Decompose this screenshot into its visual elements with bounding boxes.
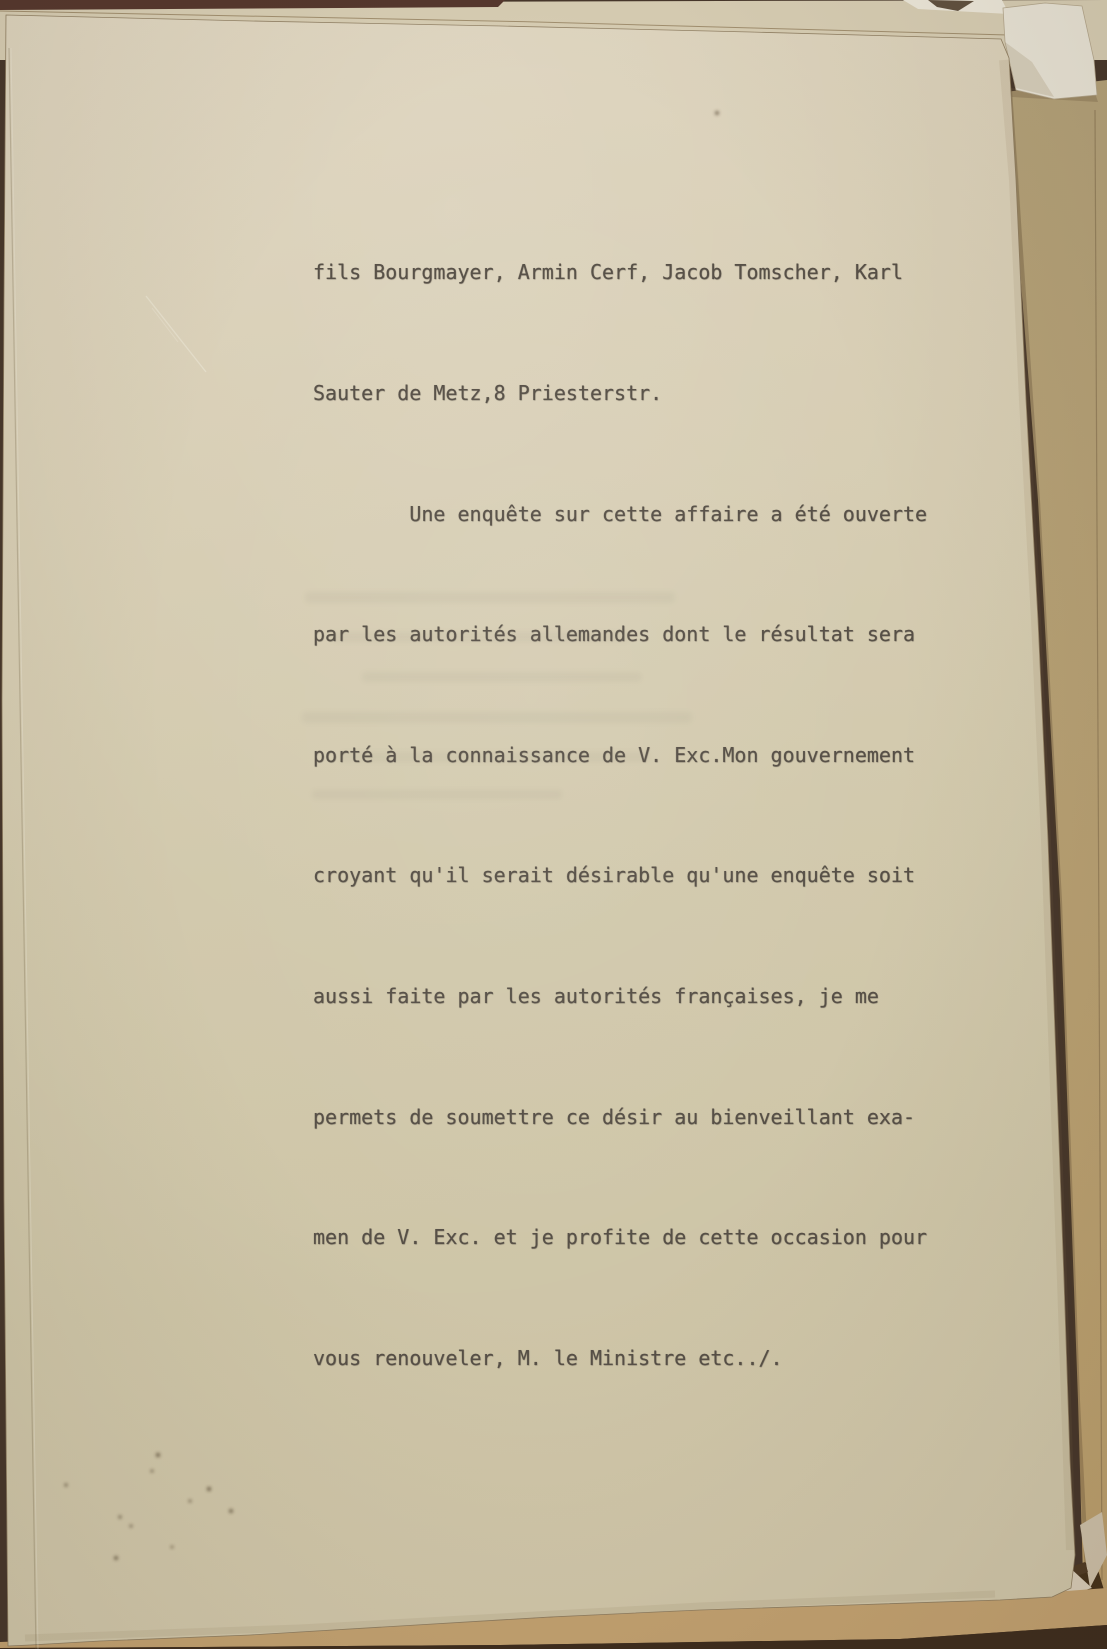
foxing-dot [118,1515,121,1518]
letter-line: vous renouveler, M. le Ministre etc../. [313,1338,927,1378]
letter-line: par les autorités allemandes dont le rés… [313,614,927,654]
foxing-dot [151,1470,154,1473]
foxing-dot [207,1487,211,1491]
foxing-dot [64,1483,67,1486]
letter-text-block: fils Bourgmayer, Armin Cerf, Jacob Tomsc… [313,172,927,1458]
letter-line: croyant qu'il serait désirable qu'une en… [313,855,927,895]
foxing-dot [229,1509,233,1513]
foxing-dot [189,1500,192,1503]
foxing-dot [156,1453,160,1457]
letter-line: fils Bourgmayer, Armin Cerf, Jacob Tomsc… [313,252,927,292]
letter-line: permets de soumettre ce désir au bienvei… [313,1097,927,1137]
letter-line: Sauter de Metz,8 Priesterstr. [313,373,927,413]
foxing-dot [130,1525,133,1528]
foxing-dot [715,111,719,115]
letter-line: porté à la connaissance de V. Exc.Mon go… [313,735,927,775]
foxing-dot [171,1546,174,1549]
letter-line: men de V. Exc. et je profite de cette oc… [313,1217,927,1257]
foxing-dot [114,1556,118,1560]
letter-line: aussi faite par les autorités françaises… [313,976,927,1016]
archive-photo: fils Bourgmayer, Armin Cerf, Jacob Tomsc… [0,0,1107,1649]
letter-line: Une enquête sur cette affaire a été ouve… [313,494,927,534]
